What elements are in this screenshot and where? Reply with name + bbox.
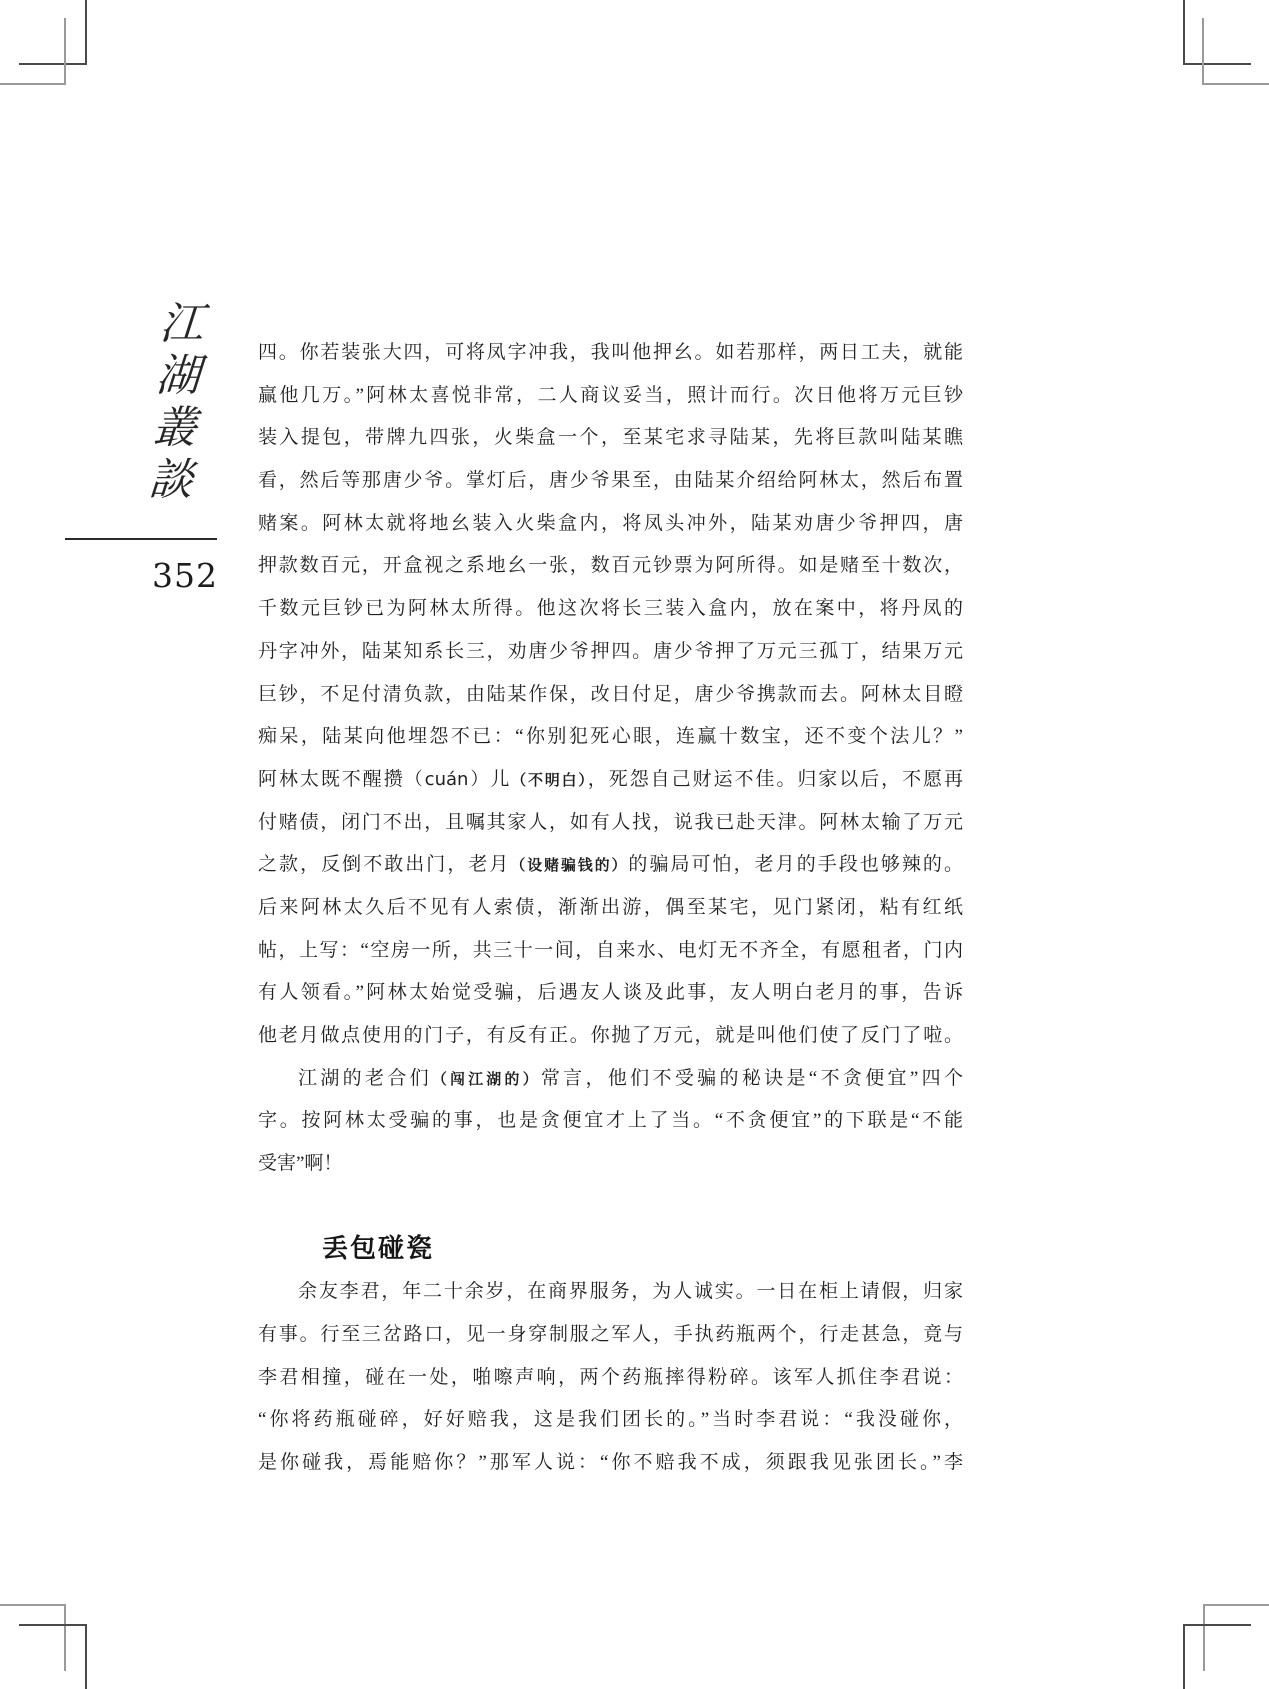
text-line: 他老月做点使用的门子，有反有正。你抛了万元，就是叫他们使了反门了啦。: [258, 1015, 963, 1058]
trim-mark-top-right-inner: [1183, 0, 1251, 65]
trim-mark-top-left-outer: [0, 18, 66, 85]
text-line: 有事。行至三岔路口，见一身穿制服之军人，手执药瓶两个，行走甚急，竟与: [258, 1314, 963, 1357]
book-page: 江湖叢談 352 四。你若装张大四，可将凤字冲我，我叫他押幺。如若那样，两日工夫…: [0, 0, 1269, 1689]
text-segment: 字。按阿林太受骗的事，也是贪便宜才上了当。“不贪便宜”的下联是“不能: [258, 1110, 963, 1131]
section-heading: 丢包碰瓷: [258, 1228, 963, 1271]
text-line: 付赌债，闭门不出，且嘱其家人，如有人找，说我已赴天津。阿林太输了万元: [258, 802, 963, 845]
text-segment: 痴呆，陆某向他埋怨不已：“你别犯死心眼，连赢十数宝，还不变个法儿？”: [258, 726, 963, 747]
text-segment: 付赌债，闭门不出，且嘱其家人，如有人找，说我已赴天津。阿林太输了万元: [258, 812, 963, 833]
text-segment: 余友李君，年二十余岁，在商界服务，为人诚实。一日在柜上请假，归家: [298, 1281, 963, 1302]
text-segment: 受害”啊！: [258, 1153, 342, 1174]
text-segment: 常言，他们不受骗的秘诀是“不贪便宜”四个: [541, 1068, 963, 1089]
folio-divider-rule: [65, 538, 217, 540]
inline-annotation: （闯江湖的）: [432, 1072, 541, 1088]
text-line: 阿林太既不醒攒（cuán）儿（不明白），死怨自己财运不佳。归家以后，不愿再: [258, 759, 963, 802]
text-line: “你将药瓶碰碎，好好赔我，这是我们团长的。”当时李君说：“我没碰你，: [258, 1399, 963, 1442]
text-segment: 看，然后等那唐少爷。掌灯后，唐少爷果至，由陆某介绍给阿林太，然后布置: [258, 470, 963, 491]
text-line: 李君相撞，碰在一处，啪嚓声响，两个药瓶摔得粉碎。该军人抓住李君说：: [258, 1357, 963, 1400]
trim-mark-top-right-outer: [1202, 18, 1269, 85]
trim-mark-bottom-right-inner: [1183, 1624, 1251, 1689]
text-segment: 赌案。阿林太就将地幺装入火柴盒内，将凤头冲外，陆某劝唐少爷押四，唐: [258, 513, 963, 534]
text-segment: 的骗局可怕，老月的手段也够辣的。: [628, 854, 963, 875]
text-segment: 装入提包，带牌九四张，火柴盒一个，至某宅求寻陆某，先将巨款叫陆某瞧: [258, 427, 963, 448]
pinyin-annotation: （cuán）: [405, 769, 491, 790]
text-segment: ，死怨自己财运不佳。归家以后，不愿再: [588, 769, 963, 790]
text-line: 有人领看。”阿林太始觉受骗，后遇友人谈及此事，友人明白老月的事，告诉: [258, 972, 963, 1015]
text-line: 余友李君，年二十余岁，在商界服务，为人诚实。一日在柜上请假，归家: [258, 1271, 963, 1314]
text-line: 江湖的老合们（闯江湖的）常言，他们不受骗的秘诀是“不贪便宜”四个: [258, 1058, 963, 1101]
text-segment: 之款，反倒不敢出门，老月: [258, 854, 510, 875]
inline-annotation: （不明白）: [511, 773, 587, 789]
text-line: 装入提包，带牌九四张，火柴盒一个，至某宅求寻陆某，先将巨款叫陆某瞧: [258, 417, 963, 460]
text-line: 痴呆，陆某向他埋怨不已：“你别犯死心眼，连赢十数宝，还不变个法儿？”: [258, 716, 963, 759]
text-segment: 千数元巨钞已为阿林太所得。他这次将长三装入盒内，放在案中，将丹凤的: [258, 598, 963, 619]
text-line: 千数元巨钞已为阿林太所得。他这次将长三装入盒内，放在案中，将丹凤的: [258, 588, 963, 631]
text-line: 后来阿林太久后不见有人索债，渐渐出游，偶至某宅，见门紧闭，粘有红纸: [258, 887, 963, 930]
text-line: 押款数百元，开盒视之系地幺一张，数百元钞票为阿所得。如是赌至十数次，: [258, 545, 963, 588]
text-line: 赢他几万。”阿林太喜悦非常，二人商议妥当，照计而行。次日他将万元巨钞: [258, 375, 963, 418]
text-segment: 李君相撞，碰在一处，啪嚓声响，两个药瓶摔得粉碎。该军人抓住李君说：: [258, 1367, 963, 1388]
text-line: 四。你若装张大四，可将凤字冲我，我叫他押幺。如若那样，两日工夫，就能: [258, 332, 963, 375]
text-line: 巨钞，不足付清负款，由陆某作保，改日付足，唐少爷携款而去。阿林太目瞪: [258, 674, 963, 717]
text-line: 赌案。阿林太就将地幺装入火柴盒内，将凤头冲外，陆某劝唐少爷押四，唐: [258, 503, 963, 546]
text-line: 帖，上写：“空房一所，共三十一间，自来水、电灯无不齐全，有愿租者，门内: [258, 930, 963, 973]
text-segment: 四。你若装张大四，可将凤字冲我，我叫他押幺。如若那样，两日工夫，就能: [258, 342, 963, 363]
text-line: 字。按阿林太受骗的事，也是贪便宜才上了当。“不贪便宜”的下联是“不能: [258, 1100, 963, 1143]
text-segment: “你将药瓶碰碎，好好赔我，这是我们团长的。”当时李君说：“我没碰你，: [258, 1409, 963, 1430]
text-segment: 押款数百元，开盒视之系地幺一张，数百元钞票为阿所得。如是赌至十数次，: [258, 555, 963, 576]
text-line: 看，然后等那唐少爷。掌灯后，唐少爷果至，由陆某介绍给阿林太，然后布置: [258, 460, 963, 503]
text-segment: 阿林太既不醒攒: [258, 769, 405, 790]
trim-mark-top-left-inner: [19, 0, 87, 65]
inline-annotation: （设赌骗钱的）: [510, 858, 628, 874]
text-segment: 儿: [490, 769, 511, 790]
text-segment: 有人领看。”阿林太始觉受骗，后遇友人谈及此事，友人明白老月的事，告诉: [258, 982, 963, 1003]
text-segment: 赢他几万。”阿林太喜悦非常，二人商议妥当，照计而行。次日他将万元巨钞: [258, 385, 963, 406]
text-line: 受害”啊！: [258, 1143, 963, 1186]
text-segment: 是你碰我，焉能赔你？”那军人说：“你不赔我不成，须跟我见张团长。”李: [258, 1452, 963, 1473]
text-segment: 江湖的老合们: [298, 1068, 432, 1089]
text-segment: 巨钞，不足付清负款，由陆某作保，改日付足，唐少爷携款而去。阿林太目瞪: [258, 684, 963, 705]
blank-line: [258, 1186, 963, 1229]
trim-mark-bottom-right-outer: [1203, 1604, 1269, 1671]
text-line: 之款，反倒不敢出门，老月（设赌骗钱的）的骗局可怕，老月的手段也够辣的。: [258, 844, 963, 887]
text-segment: 丹字冲外，陆某知系长三，劝唐少爷押四。唐少爷押了万元三孤丁，结果万元: [258, 641, 963, 662]
text-segment: 后来阿林太久后不见有人索债，渐渐出游，偶至某宅，见门紧闭，粘有红纸: [258, 897, 963, 918]
trim-mark-bottom-left-outer: [0, 1604, 66, 1671]
text-block: 四。你若装张大四，可将凤字冲我，我叫他押幺。如若那样，两日工夫，就能赢他几万。”…: [258, 332, 963, 1485]
text-segment: 他老月做点使用的门子，有反有正。你抛了万元，就是叫他们使了反门了啦。: [258, 1025, 963, 1046]
text-segment: 帖，上写：“空房一所，共三十一间，自来水、电灯无不齐全，有愿租者，门内: [258, 940, 963, 961]
trim-mark-bottom-left-inner: [19, 1624, 87, 1689]
text-line: 丹字冲外，陆某知系长三，劝唐少爷押四。唐少爷押了万元三孤丁，结果万元: [258, 631, 963, 674]
book-title-calligraphy: 江湖叢談: [130, 300, 211, 540]
text-line: 是你碰我，焉能赔你？”那军人说：“你不赔我不成，须跟我见张团长。”李: [258, 1442, 963, 1485]
page-number: 352: [150, 556, 220, 595]
text-segment: 有事。行至三岔路口，见一身穿制服之军人，手执药瓶两个，行走甚急，竟与: [258, 1324, 963, 1345]
